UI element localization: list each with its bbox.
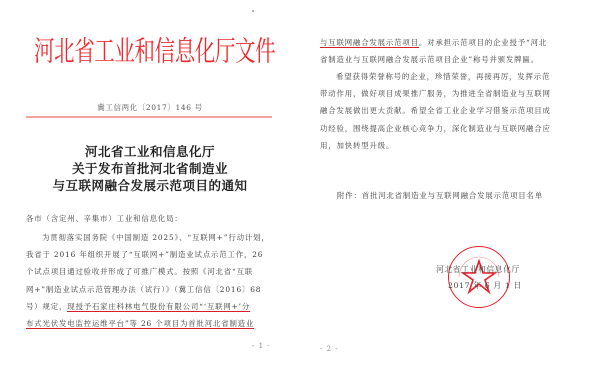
title-line-1: 河北省工业和信息化厅 <box>0 143 300 160</box>
body-paragraph: 为贯彻落实国务院《中国制造 2025》、“互联网+”行动计划， 我省于 2016… <box>26 229 276 332</box>
document-spread: 河北省工业和信息化厅文件 冀工信两化〔2017〕146 号 河北省工业和信息化厅… <box>0 0 600 375</box>
title-line-3: 与互联网融合发展示范项目的通知 <box>0 177 300 194</box>
body-line: 我省于 2016 年组织开展了“互联网+”制造业试点示范工作，26 <box>26 246 276 263</box>
body-line: 号）规定，现授予石家庄科林电气股份有限公司“‘互联网+’分 <box>26 298 276 315</box>
page-number: - 2 - <box>320 345 339 353</box>
salutation: 各市（含定州、辛集市）工业和信息化局： <box>26 210 276 227</box>
body-line: 与互联网融合发展示范项目。对承担示范项目的企业授予“河北 <box>320 34 570 51</box>
page-number: - 1 - <box>252 342 271 350</box>
scan-speck <box>252 10 254 12</box>
body-text-plain: 号）规定， <box>26 302 67 311</box>
body-line: 为贯彻落实国务院《中国制造 2025》、“互联网+”行动计划， <box>26 229 276 246</box>
document-number: 冀工信两化〔2017〕146 号 <box>0 102 300 113</box>
body-line: 功经验，围绕提高企业核心竞争力，深化制造业与互联网融合应 <box>320 120 570 137</box>
body-paragraph: 希望获得荣誉称号的企业，珍惜荣誉，再接再厉，发挥示范 带动作用，做好项目成果推广… <box>320 68 570 154</box>
highlighted-text: 等 26 个项目为首批河北省制造业 <box>130 319 255 329</box>
body-text-plain: 。对承担示范项目的企业授予“河北 <box>419 38 547 47</box>
body-line: 布式光伏发电监控运维平台”等 26 个项目为首批河北省制造业 <box>26 315 276 332</box>
title-line-2: 关于发布首批河北省制造业 <box>0 160 300 177</box>
highlighted-text: 与互联网融合发展示范项目 <box>320 38 419 48</box>
issuer-name: 河北省工业和信息化厅 <box>436 262 522 278</box>
red-header: 河北省工业和信息化厅文件 <box>34 28 274 69</box>
body-line: 个试点项目通过验收并形成了可推广模式。按照《河北省“互联 <box>26 263 276 280</box>
body-line: 网+”制造业试点示范管理办法（试行）》（冀工信信〔2016〕68 <box>26 281 276 298</box>
highlighted-text: 布式光伏发电监控运维平台” <box>26 319 130 329</box>
signoff-block: 河北省工业和信息化厅 2017 年 6 月 1 日 <box>436 262 522 294</box>
body-line: 带动作用，做好项目成果推广服务，为推进全省制造业与互联网 <box>320 85 570 102</box>
header-rule <box>26 116 272 118</box>
body-line: 用，加快转型升级。 <box>320 137 570 154</box>
page-1: 河北省工业和信息化厅文件 冀工信两化〔2017〕146 号 河北省工业和信息化厅… <box>0 0 300 375</box>
issue-date: 2017 年 6 月 1 日 <box>436 278 522 294</box>
page-2: 与互联网融合发展示范项目。对承担示范项目的企业授予“河北 省制造业与互联网融合发… <box>300 0 600 375</box>
body-line: 希望获得荣誉称号的企业，珍惜荣誉，再接再厉，发挥示范 <box>320 68 570 85</box>
attachment-note: 附件：首批河北省制造业与互联网融合发展示范项目名单 <box>337 187 587 204</box>
continued-text: 与互联网融合发展示范项目。对承担示范项目的企业授予“河北 省制造业与互联网融合发… <box>320 34 570 68</box>
body-line: 融合发展做出更大贡献。希望全省工业企业学习借鉴示范项目成 <box>320 102 570 119</box>
notice-title: 河北省工业和信息化厅 关于发布首批河北省制造业 与互联网融合发展示范项目的通知 <box>0 143 300 194</box>
body-line: 省制造业与互联网融合发展示范项目企业”称号并颁发牌匾。 <box>320 51 570 68</box>
highlighted-text: 现授予石家庄科林电气股份有限公司“‘互联网+’分 <box>67 302 250 312</box>
